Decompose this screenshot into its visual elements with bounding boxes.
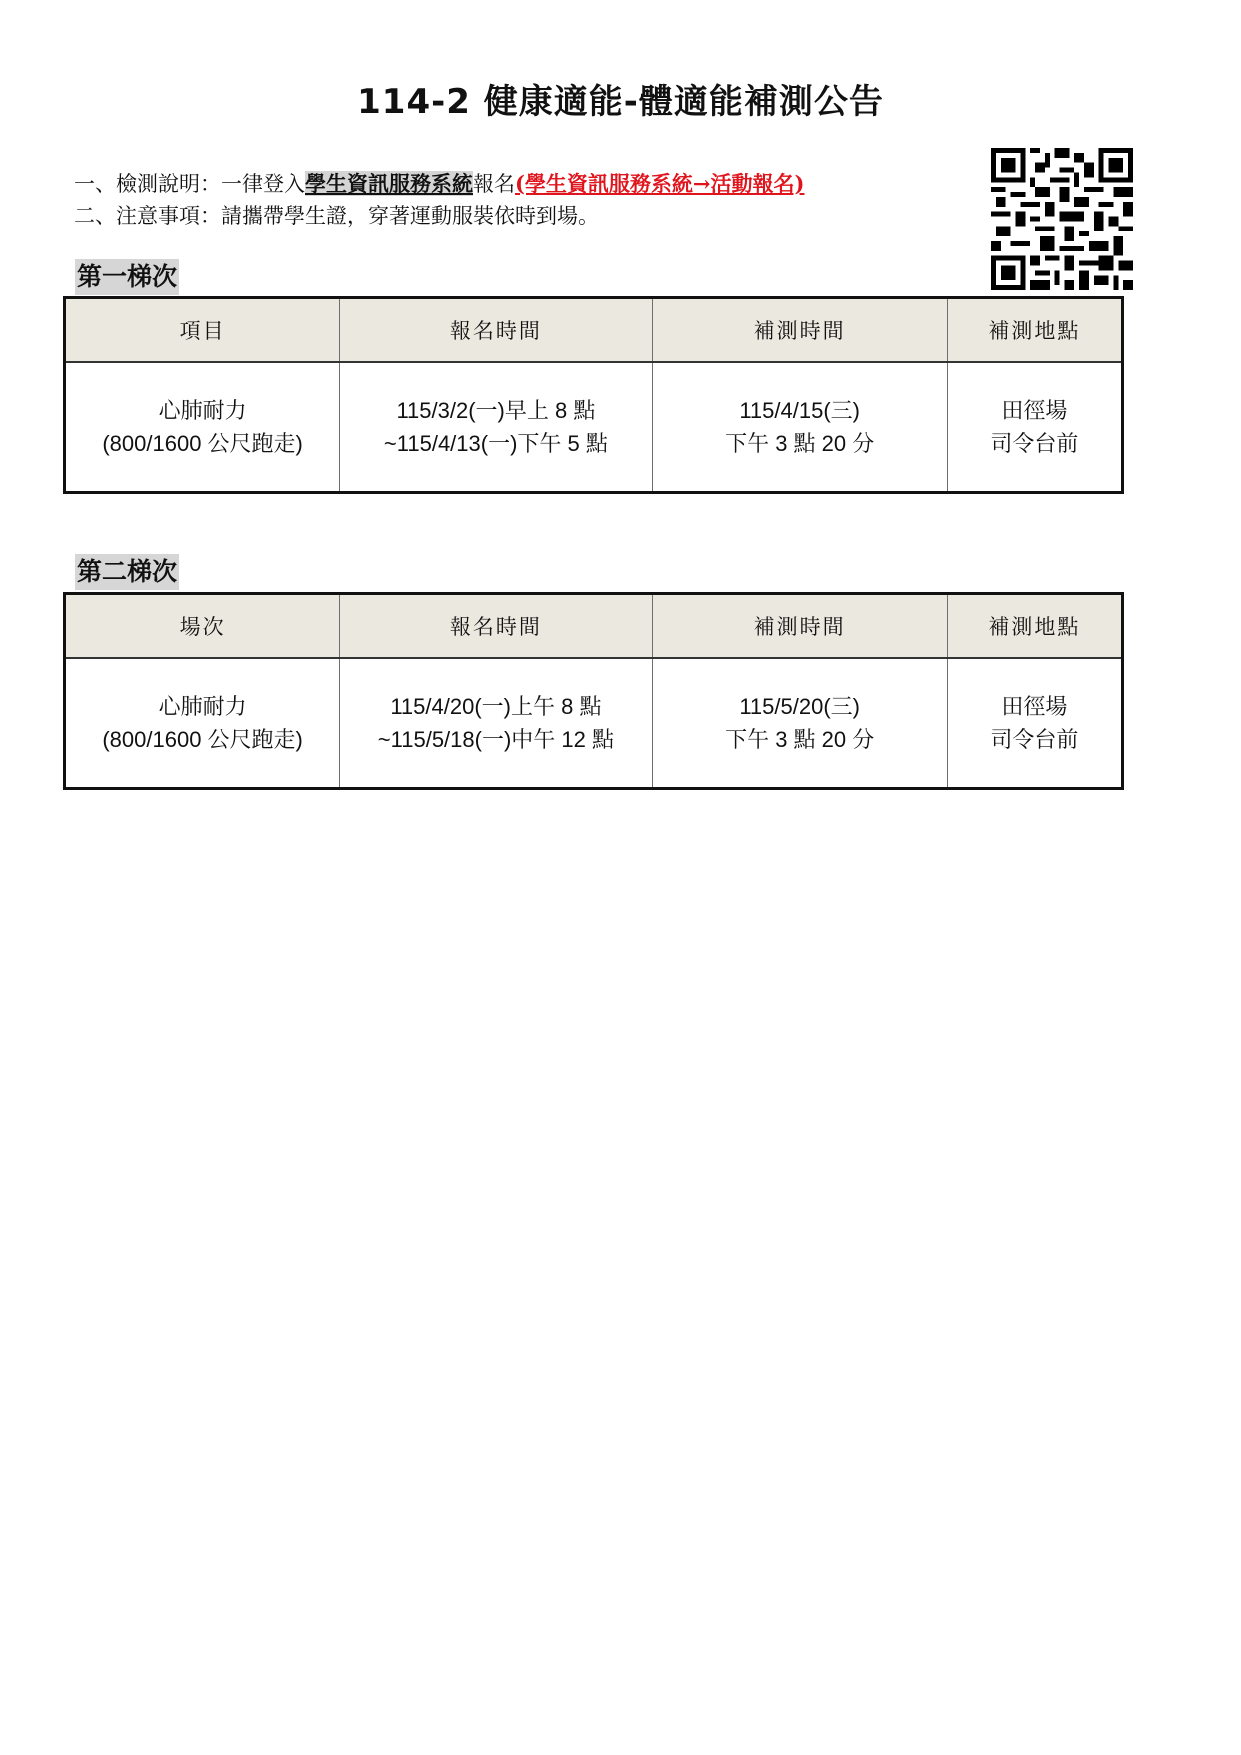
cell-item: 心肺耐力 (800/1600 公尺跑走): [65, 362, 340, 493]
note-line-2: 二、注意事項：請攜帶學生證，穿著運動服裝依時到場。: [74, 200, 804, 232]
cell-test-location: 田徑場 司令台前: [947, 362, 1122, 493]
header-test-time: 補測時間: [652, 594, 947, 659]
table-row: 心肺耐力 (800/1600 公尺跑走) 115/3/2(一)早上 8 點 ~1…: [65, 362, 1123, 493]
system-name-highlight: 學生資訊服務系統: [305, 171, 473, 196]
header-registration-time: 報名時間: [340, 298, 652, 363]
cell-registration-time: 115/3/2(一)早上 8 點 ~115/4/13(一)下午 5 點: [340, 362, 652, 493]
page-title: 114-2 健康適能-體適能補測公告: [0, 74, 1241, 123]
note-line-1: 一、檢測說明：一律登入學生資訊服務系統報名(學生資訊服務系統→活動報名): [74, 168, 804, 200]
table-header-row: 場次 報名時間 補測時間 補測地點: [65, 594, 1123, 659]
note-1-middle: 報名: [473, 172, 515, 196]
table-header-row: 項目 報名時間 補測時間 補測地點: [65, 298, 1123, 363]
header-test-location: 補測地點: [947, 594, 1122, 659]
qr-code-icon[interactable]: [991, 148, 1133, 290]
header-test-time: 補測時間: [652, 298, 947, 363]
schedule-table-batch-2: 場次 報名時間 補測時間 補測地點 心肺耐力 (800/1600 公尺跑走) 1…: [63, 592, 1124, 790]
cell-test-time: 115/4/15(三) 下午 3 點 20 分: [652, 362, 947, 493]
note-1-prefix: 一、檢測說明：一律登入: [74, 172, 305, 196]
header-test-location: 補測地點: [947, 298, 1122, 363]
section-label-batch-1: 第一梯次: [75, 259, 179, 295]
cell-item: 心肺耐力 (800/1600 公尺跑走): [65, 658, 340, 789]
section-label-batch-2: 第二梯次: [75, 554, 179, 590]
header-session: 場次: [65, 594, 340, 659]
cell-registration-time: 115/4/20(一)上午 8 點 ~115/5/18(一)中午 12 點: [340, 658, 652, 789]
notes: 一、檢測說明：一律登入學生資訊服務系統報名(學生資訊服務系統→活動報名) 二、注…: [74, 168, 804, 232]
table-row: 心肺耐力 (800/1600 公尺跑走) 115/4/20(一)上午 8 點 ~…: [65, 658, 1123, 789]
header-registration-time: 報名時間: [340, 594, 652, 659]
header-item: 項目: [65, 298, 340, 363]
cell-test-location: 田徑場 司令台前: [947, 658, 1122, 789]
registration-path-link[interactable]: (學生資訊服務系統→活動報名): [515, 171, 804, 196]
schedule-table-batch-1: 項目 報名時間 補測時間 補測地點 心肺耐力 (800/1600 公尺跑走) 1…: [63, 296, 1124, 494]
cell-test-time: 115/5/20(三) 下午 3 點 20 分: [652, 658, 947, 789]
